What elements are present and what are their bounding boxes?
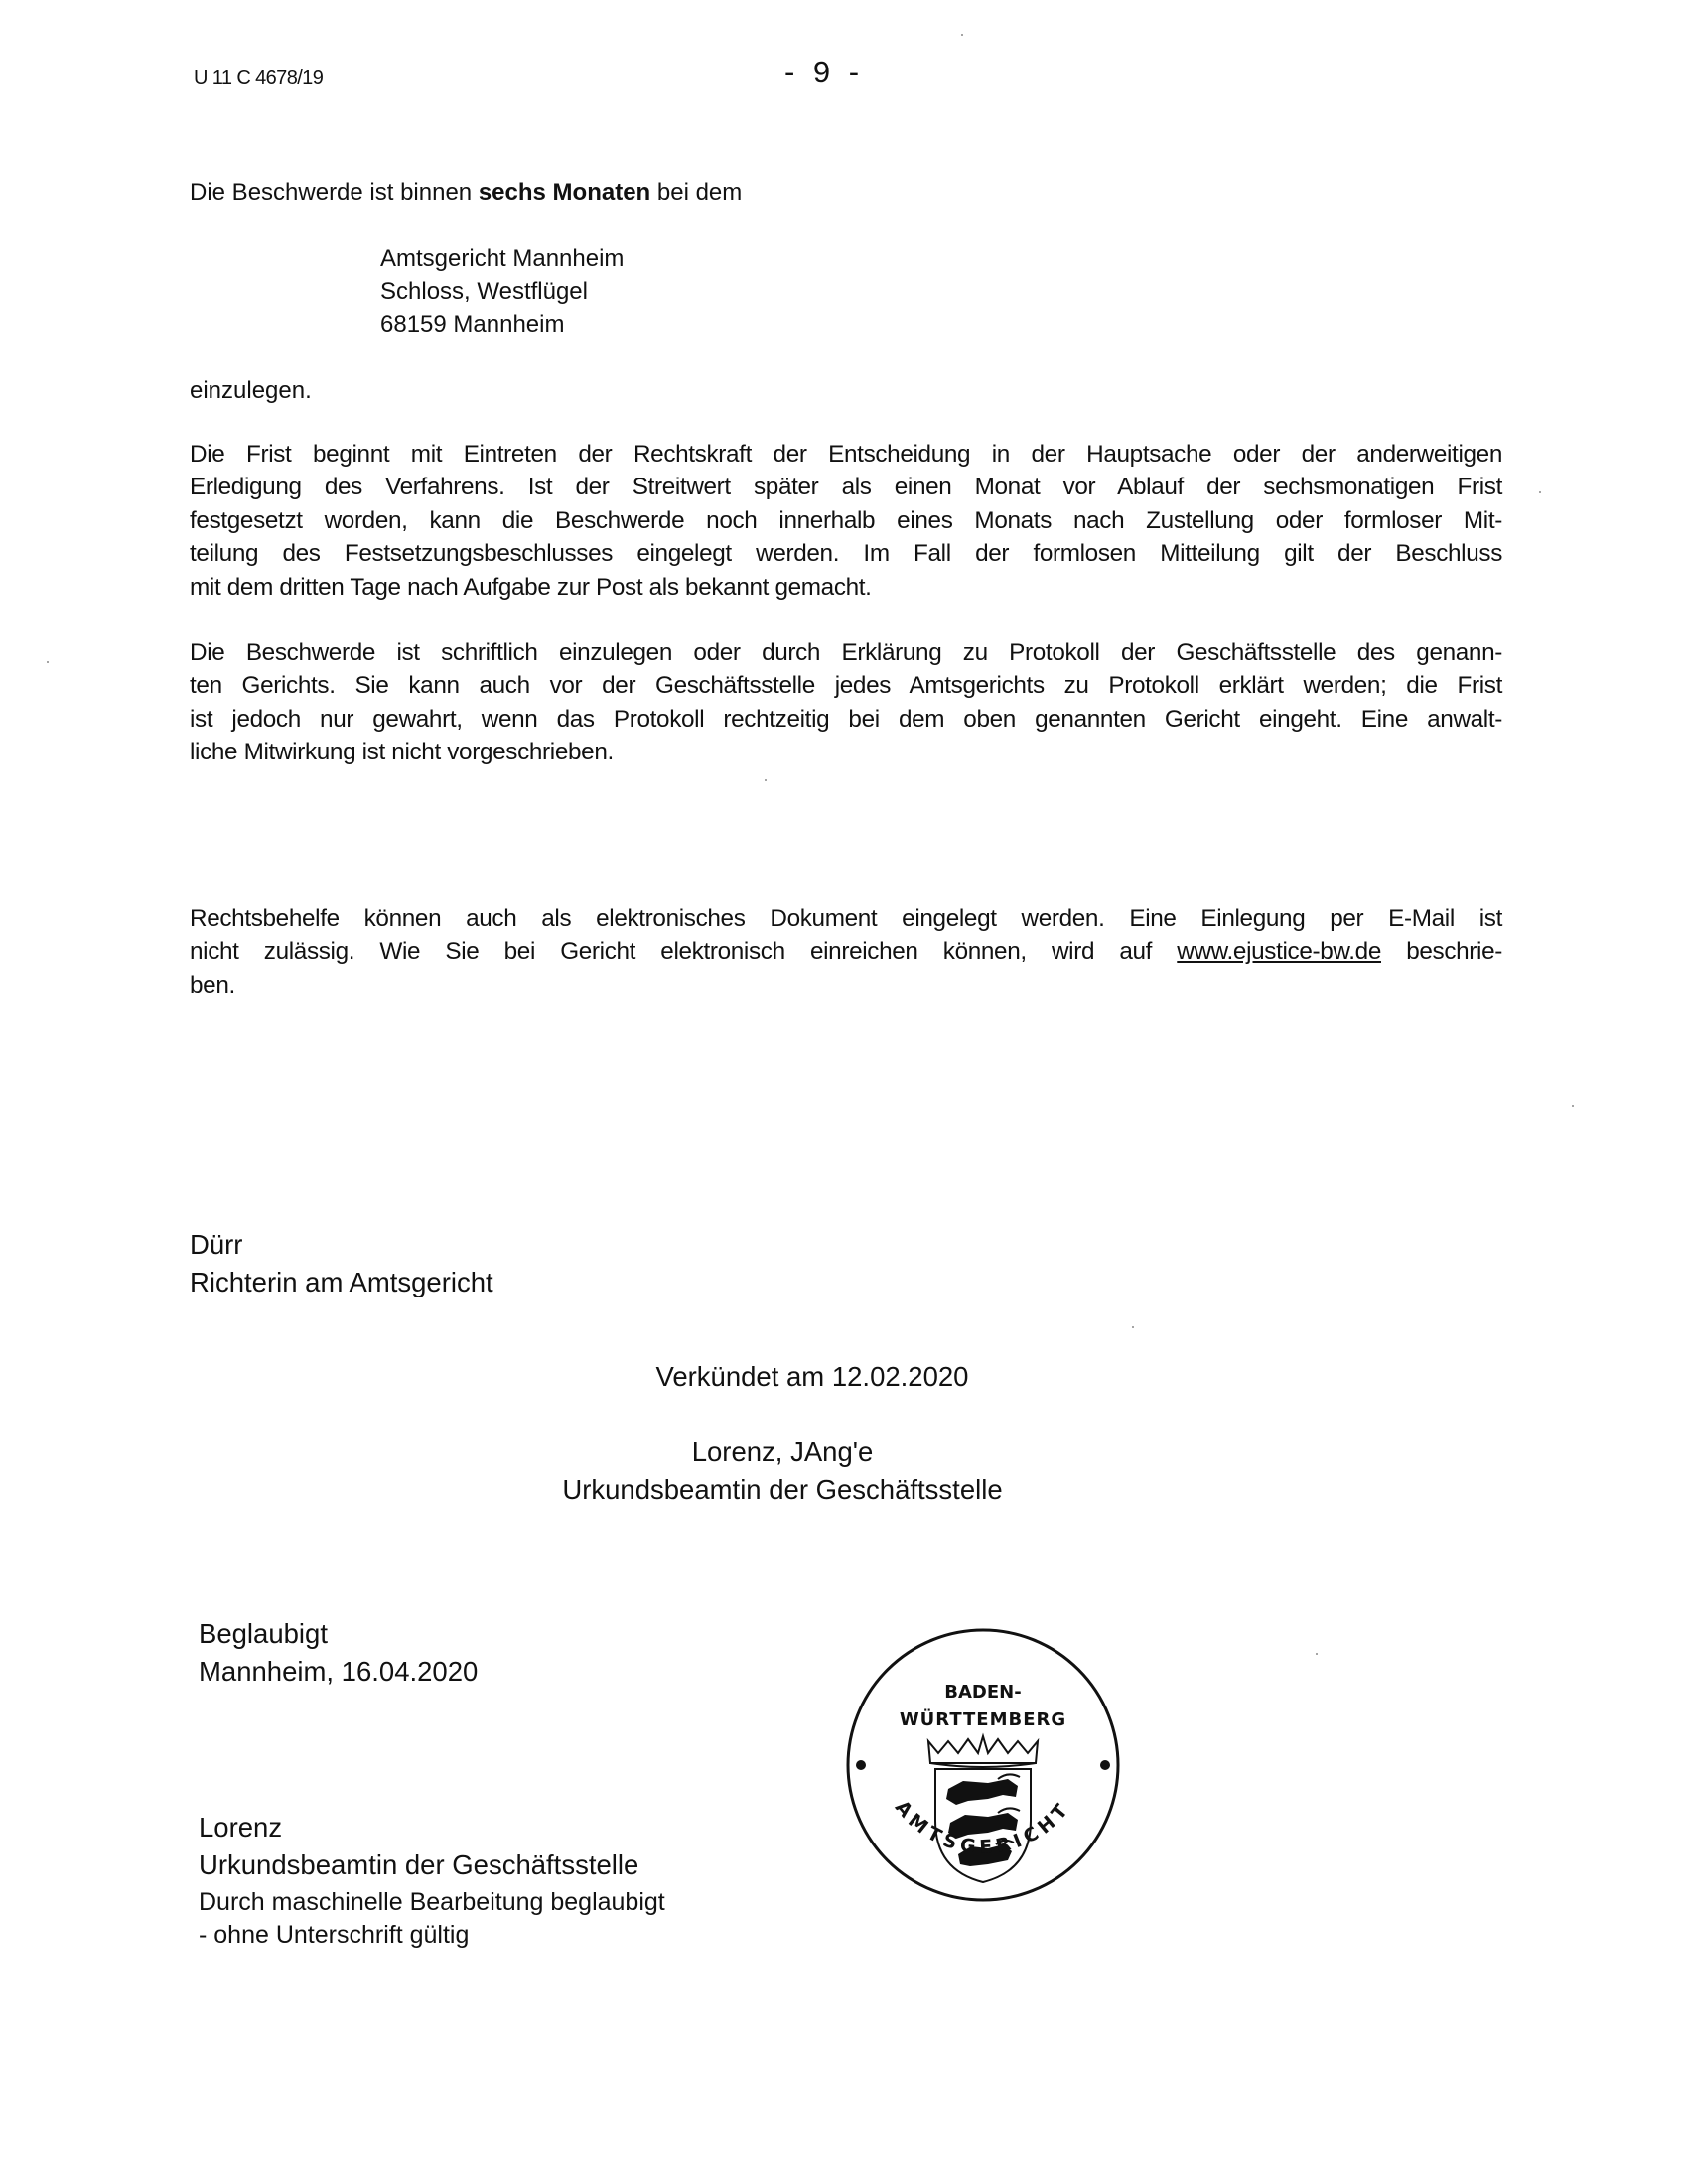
scan-speck xyxy=(1132,1326,1134,1328)
electronic-line-2: nicht zulässig. Wie Sie bei Gericht elek… xyxy=(190,935,1502,968)
appeal-intro: Die Beschwerde ist binnen sechs Monaten … xyxy=(190,176,742,208)
closing-word: einzulegen. xyxy=(190,374,312,407)
form-line: liche Mitwirkung ist nicht vorgeschriebe… xyxy=(190,736,1502,768)
deadline-line: teilung des Festsetzungsbeschlusses eing… xyxy=(190,537,1502,570)
electronic-line-1: Rechtsbehelfe können auch als elektronis… xyxy=(190,902,1502,935)
court-address: Amtsgericht Mannheim Schloss, Westflügel… xyxy=(380,242,624,341)
seal-dot-right-icon xyxy=(1100,1760,1110,1770)
deadline-line: Die Frist beginnt mit Eintreten der Rech… xyxy=(190,438,1502,471)
seal-dot-left-icon xyxy=(856,1760,866,1770)
electronic-line-3: ben. xyxy=(190,969,1502,1002)
scan-speck xyxy=(47,661,49,663)
judge-title: Richterin am Amtsgericht xyxy=(190,1264,493,1301)
form-line: Die Beschwerde ist schriftlich einzulege… xyxy=(190,636,1502,669)
ejustice-link[interactable]: www.ejustice-bw.de xyxy=(1177,938,1381,965)
announcement-clerk: Lorenz, JAng'e Urkundsbeamtin der Geschä… xyxy=(524,1433,1041,1509)
paragraph-form: Die Beschwerde ist schriftlich einzulege… xyxy=(190,636,1502,769)
certification-label: Beglaubigt xyxy=(199,1615,478,1653)
certification-clerk-name: Lorenz xyxy=(199,1809,665,1846)
announcement-clerk-name: Lorenz, JAng'e xyxy=(524,1433,1041,1471)
certification-signer: Lorenz Urkundsbeamtin der Geschäftsstell… xyxy=(199,1809,665,1952)
paragraph-electronic: Rechtsbehelfe können auch als elektronis… xyxy=(190,902,1502,1002)
court-seal: BADEN- WÜRTTEMBERG AMTSGERICHT xyxy=(839,1622,1127,1910)
scan-speck xyxy=(1316,1653,1318,1655)
court-street: Schloss, Westflügel xyxy=(380,275,624,308)
page-number: - 9 - xyxy=(784,55,859,90)
deadline-line: festgesetzt worden, kann die Beschwerde … xyxy=(190,504,1502,537)
judge-block: Dürr Richterin am Amtsgericht xyxy=(190,1226,493,1301)
court-name: Amtsgericht Mannheim xyxy=(380,242,624,275)
form-line: ten Gerichts. Sie kann auch vor der Gesc… xyxy=(190,669,1502,702)
certification-place-date: Mannheim, 16.04.2020 xyxy=(199,1653,478,1691)
seal-top-line-1: BADEN- xyxy=(944,1682,1021,1703)
announcement-clerk-title: Urkundsbeamtin der Geschäftsstelle xyxy=(524,1471,1041,1509)
scan-speck xyxy=(765,779,767,781)
certification-note-1: Durch maschinelle Bearbeitung beglaubigt xyxy=(199,1886,665,1919)
case-number: U 11 C 4678/19 xyxy=(194,68,323,90)
intro-pre: Die Beschwerde ist binnen xyxy=(190,179,479,205)
intro-post: bei dem xyxy=(650,179,742,205)
court-city: 68159 Mannheim xyxy=(380,308,624,341)
judge-name: Dürr xyxy=(190,1226,493,1264)
paragraph-deadline: Die Frist beginnt mit Eintreten der Rech… xyxy=(190,438,1502,604)
deadline-line: mit dem dritten Tage nach Aufgabe zur Po… xyxy=(190,571,1502,604)
announcement-date: Verkündet am 12.02.2020 xyxy=(554,1358,1070,1396)
scan-speck xyxy=(961,34,963,36)
scan-speck xyxy=(1572,1105,1574,1107)
seal-top-line-2: WÜRTTEMBERG xyxy=(900,1708,1066,1730)
deadline-line: Erledigung des Verfahrens. Ist der Strei… xyxy=(190,471,1502,503)
coat-of-arms-icon xyxy=(928,1736,1038,1882)
form-line: ist jedoch nur gewahrt, wenn das Protoko… xyxy=(190,703,1502,736)
intro-deadline: sechs Monaten xyxy=(479,179,650,205)
certification-clerk-title: Urkundsbeamtin der Geschäftsstelle xyxy=(199,1846,665,1884)
scan-speck xyxy=(1539,491,1541,493)
certification-block: Beglaubigt Mannheim, 16.04.2020 xyxy=(199,1615,478,1691)
certification-note-2: - ohne Unterschrift gültig xyxy=(199,1919,665,1952)
